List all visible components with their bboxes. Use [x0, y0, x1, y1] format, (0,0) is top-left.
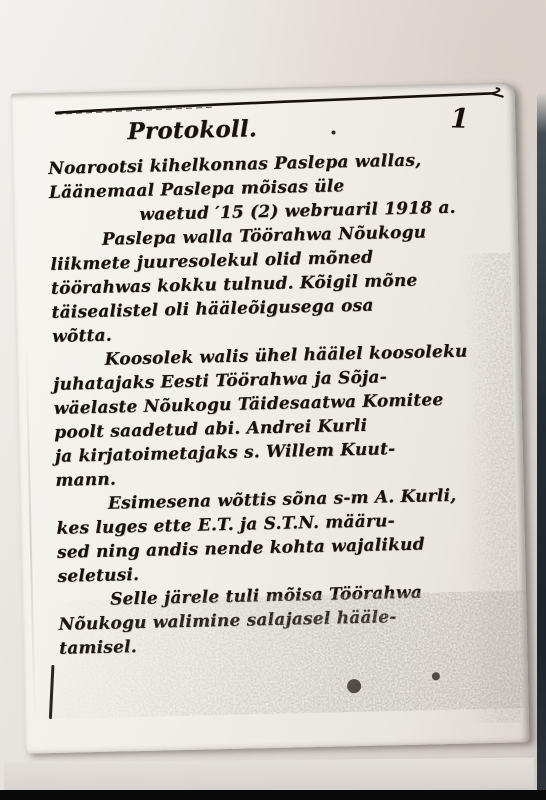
- manuscript: Protokoll. Noarootsi kihelkonnas Paslepa…: [47, 109, 505, 661]
- photo-bottom-black-bar: [0, 790, 546, 800]
- photo-background: 1 Protokoll. Noarootsi kihelkonnas Pasle…: [0, 0, 546, 800]
- photo-stain-bottom: [22, 590, 529, 719]
- document-page: 1 Protokoll. Noarootsi kihelkonnas Pasle…: [11, 82, 530, 753]
- right-edge-shadow-band: [537, 92, 546, 792]
- mat-strip-below-page: [4, 758, 534, 793]
- photo-stain-right-margin: [460, 253, 521, 724]
